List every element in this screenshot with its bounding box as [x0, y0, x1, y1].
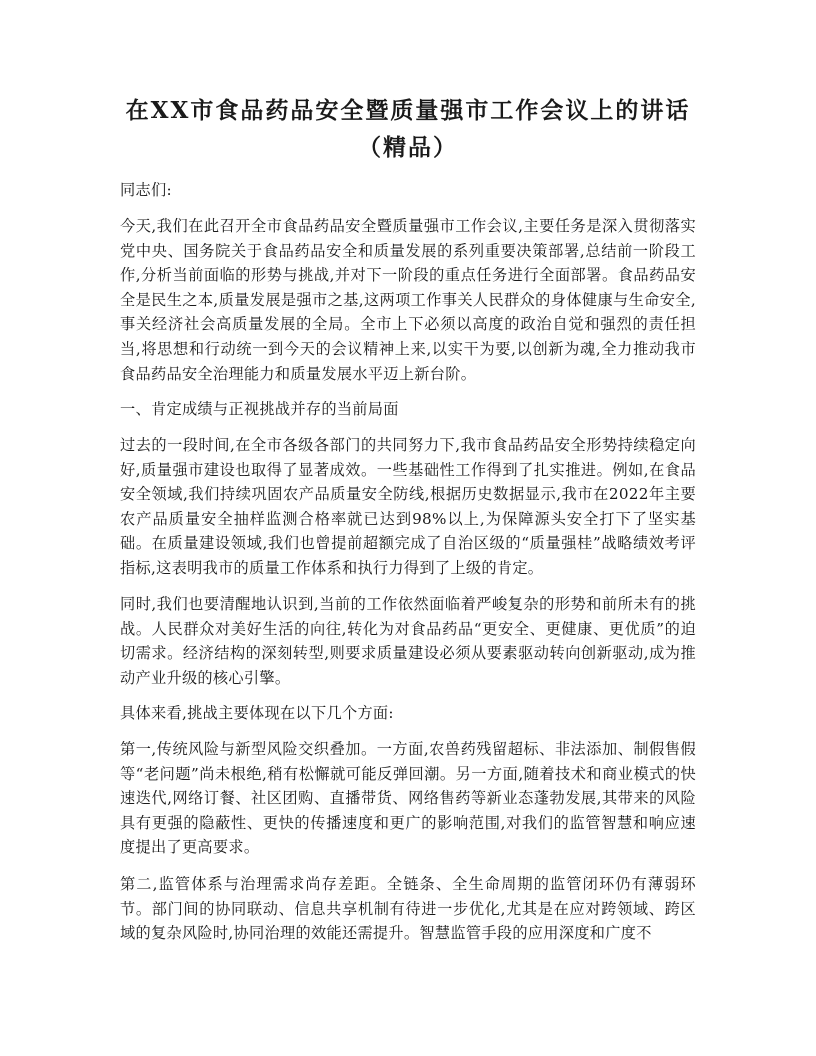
section-heading-1: 一、肯定成绩与正视挑战并存的当前局面	[120, 397, 696, 422]
title-line-2: （精品）	[120, 129, 696, 166]
title-line-1: 在XX市食品药品安全暨质量强市工作会议上的讲话	[120, 92, 696, 129]
paragraph-intro: 今天,我们在此召开全市食品药品安全暨质量强市工作会议,主要任务是深入贯彻落实党中…	[120, 214, 696, 386]
salutation: 同志们:	[120, 178, 696, 203]
paragraph-challenge-1: 第一,传统风险与新型风险交织叠加。一方面,农兽药残留超标、非法添加、制假售假等“…	[120, 737, 696, 860]
paragraph-challenges-intro: 具体来看,挑战主要体现在以下几个方面:	[120, 701, 696, 726]
paragraph-challenge-2: 第二,监管体系与治理需求尚存差距。全链条、全生命周期的监管闭环仍有薄弱环节。部门…	[120, 872, 696, 946]
document-title: 在XX市食品药品安全暨质量强市工作会议上的讲话 （精品）	[120, 92, 696, 166]
paragraph-challenges-overview: 同时,我们也要清醒地认识到,当前的工作依然面临着严峻复杂的形势和前所未有的挑战。…	[120, 592, 696, 690]
paragraph-achievements: 过去的一段时间,在全市各级各部门的共同努力下,我市食品药品安全形势持续稳定向好,…	[120, 433, 696, 581]
